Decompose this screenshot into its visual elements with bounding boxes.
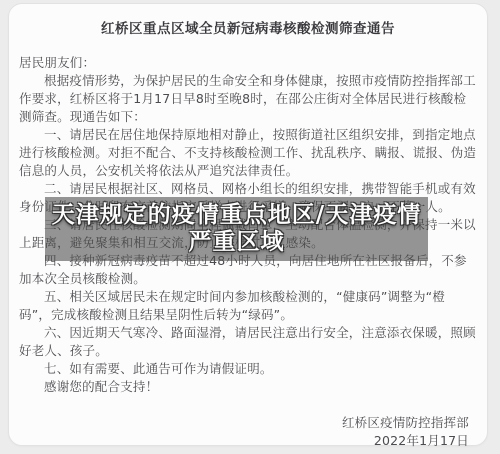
issuer-signature: 红桥区疫情防控指挥部 bbox=[19, 414, 477, 432]
paragraph-item-5: 五、相关区域居民未在规定时间内参加核酸检测的，“健康码”调整为“橙码”，完成核酸… bbox=[19, 288, 477, 324]
paragraph-item-6: 六、因近期天气寒冷、路面湿滑，请居民注意出行安全，注意添衣保暖，照顾好老人、孩子… bbox=[19, 324, 477, 360]
caption-line-2: 严重区域 bbox=[189, 229, 285, 256]
paragraph-intro: 根据疫情形势，为保护居民的生命安全和身体健康，按照市疫情防控指挥部工作要求，红桥… bbox=[19, 72, 477, 126]
issue-date: 2022年1月17日 bbox=[19, 432, 477, 450]
caption-line-1: 天津规定的疫情重点地区/天津疫情 bbox=[52, 202, 421, 229]
salutation: 居民朋友们： bbox=[19, 54, 477, 72]
paragraph-item-1: 一、请居民在居住地保持原地相对静止，按照街道社区组织安排，到指定地点进行核酸检测… bbox=[19, 126, 477, 180]
caption-overlay: 天津规定的疫情重点地区/天津疫情 严重区域 bbox=[45, 197, 428, 261]
spacer bbox=[19, 396, 477, 414]
notice-title: 红桥区重点区域全员新冠病毒核酸检测筛查通告 bbox=[19, 17, 477, 37]
paragraph-item-7: 七、如有需要、此通告可作为请假证明。 bbox=[19, 360, 477, 378]
closing-thanks: 感谢您的配合支持！ bbox=[19, 378, 477, 396]
